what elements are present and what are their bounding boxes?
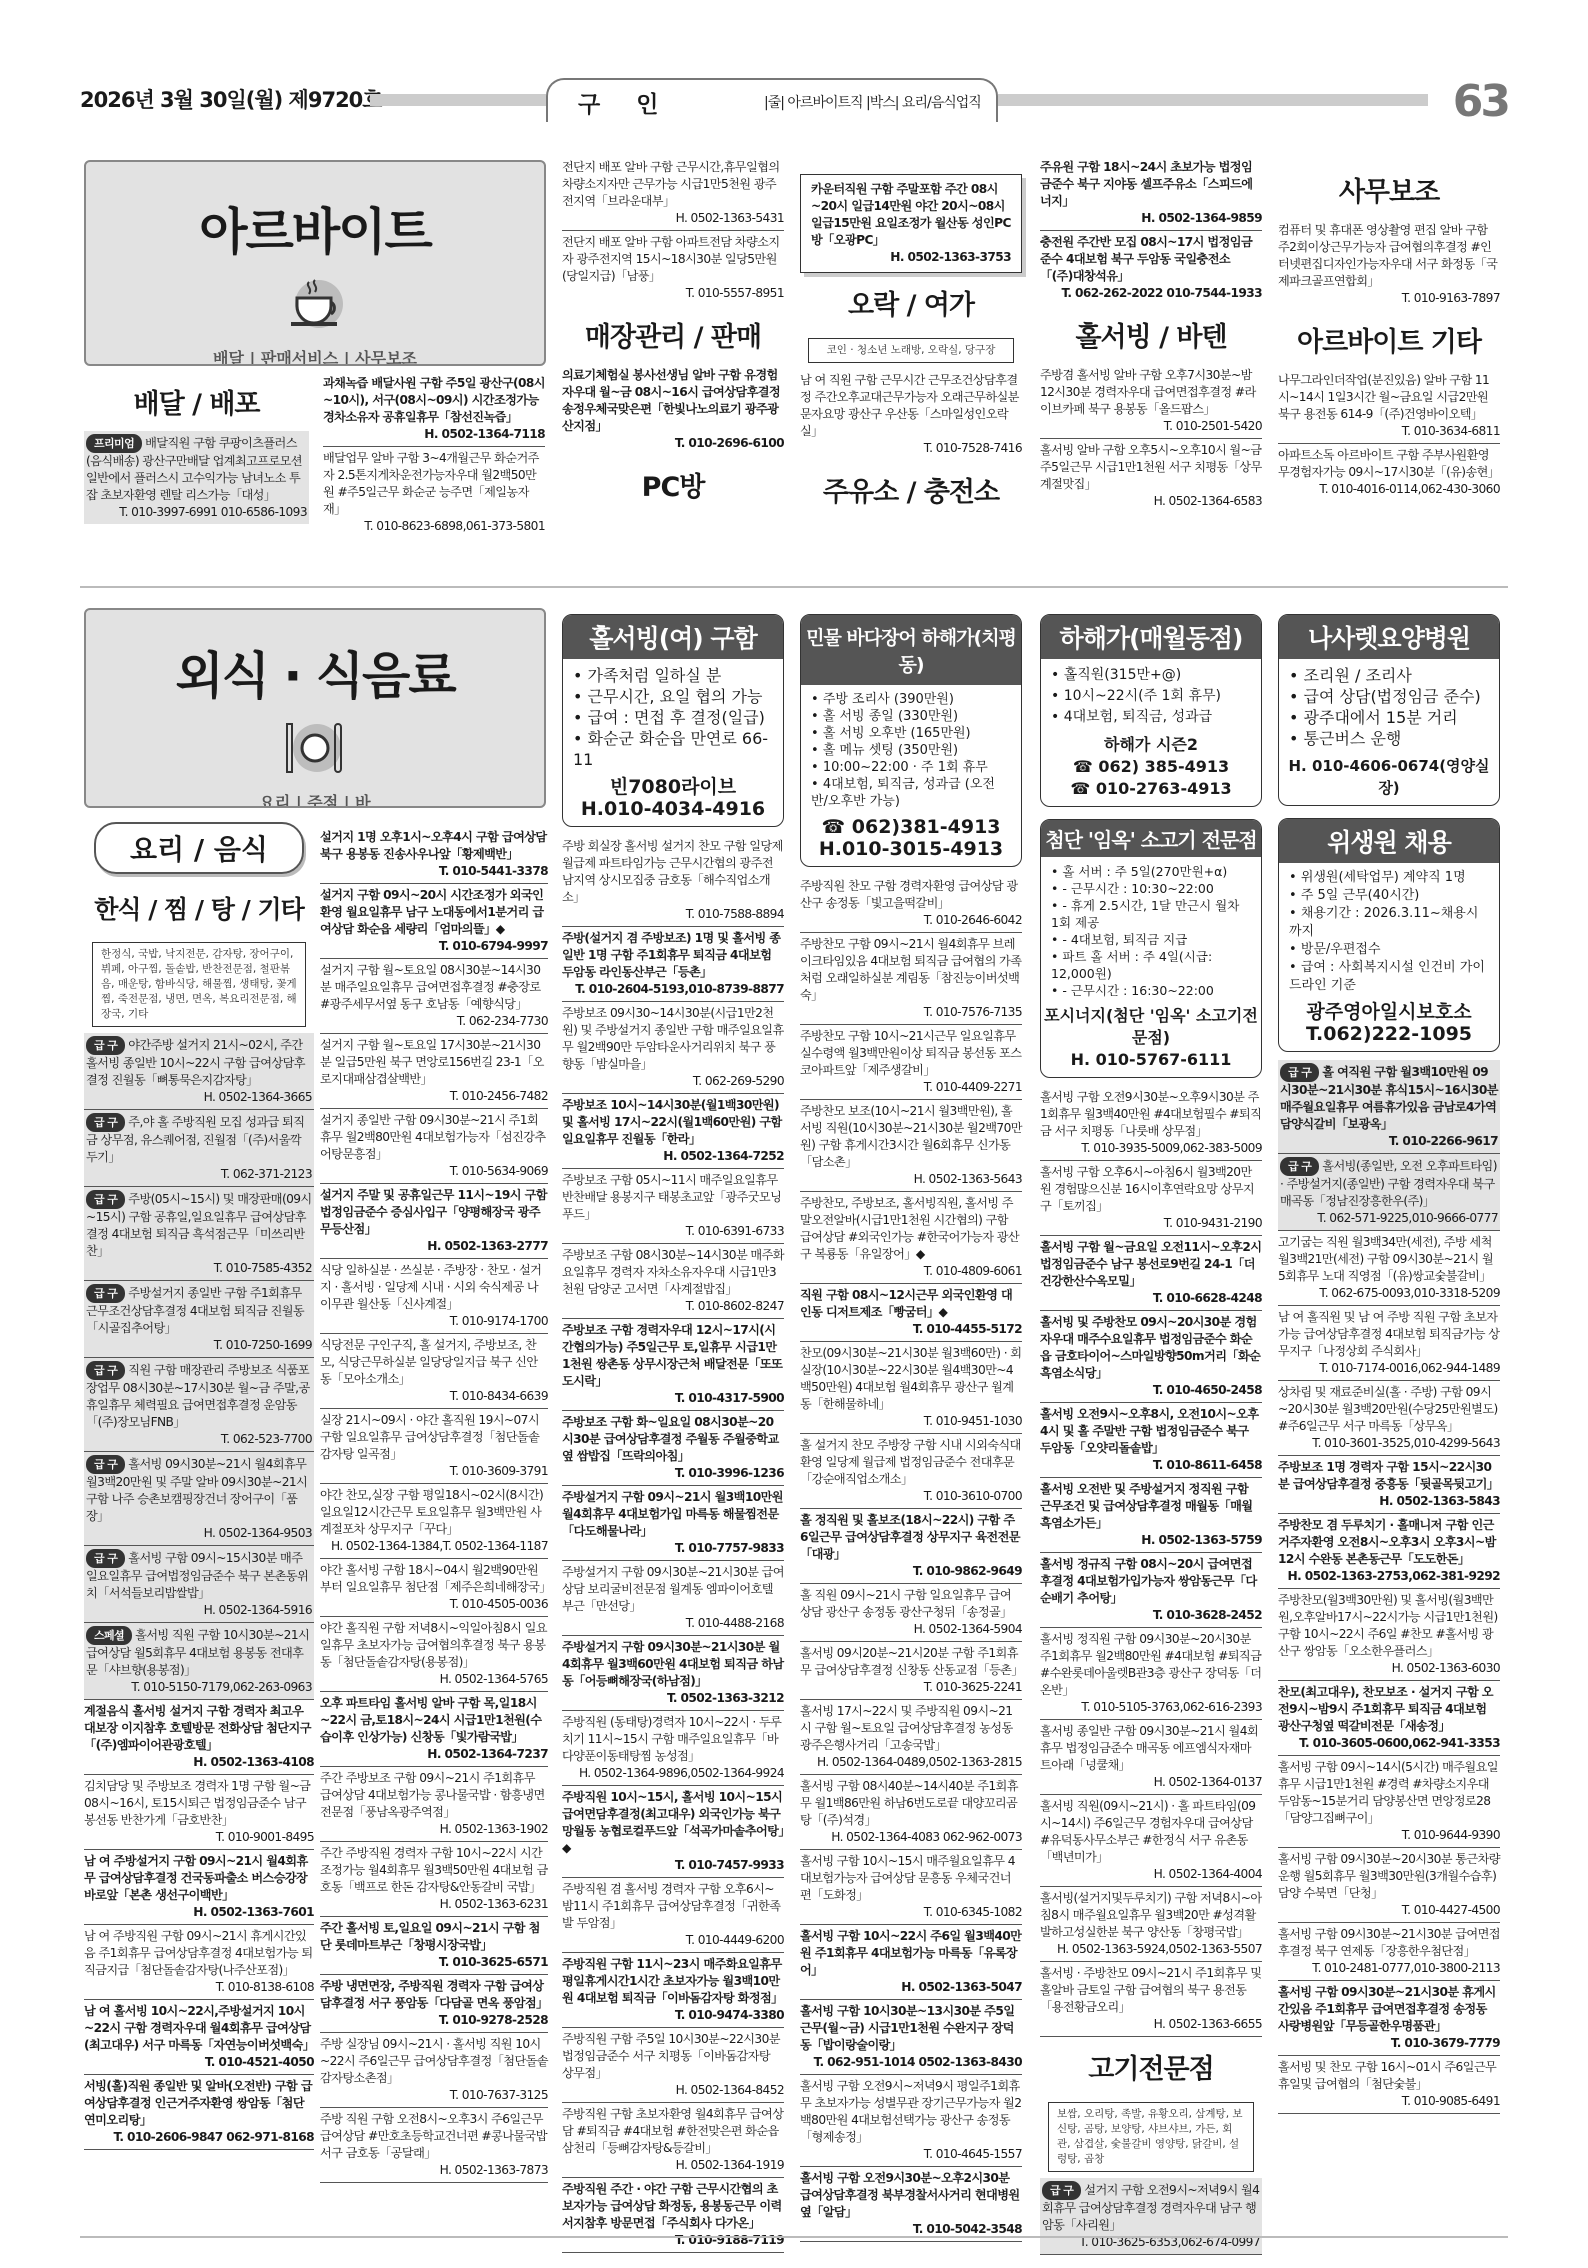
job-ad[interactable]: 홀 직원 09시~21시 구함 일요일휴무 급여상담 광산구 송정동 광산구청뒤… [800,1584,1022,1642]
ad-phone: T. 010-3601-3525,010-4299-5643 [1278,1435,1500,1452]
ad-phone: T. 010-5150-7179,062-263-0963 [86,1679,312,1696]
ad-phone: T. 010-9278-2528 [320,2012,548,2029]
page-number: 63 [1453,76,1508,127]
ad-text: 홀서빙 및 찬모 구함 16시~01시 주6일근무 휴일및 급여협의「첨단숯불」 [1278,2060,1496,2091]
job-ad[interactable]: 주방설거지 구함 09시30분~21시30분 급여상담 보리굴비전문점 월계동 … [562,1561,784,1636]
job-ad[interactable]: 주방보조 09시30~14시30분(시급1만2천원) 및 주방설거지 종일반 구… [562,1002,784,1094]
ad-text: 설거지 구함 월~토요일 08시30분~14시30분 매주일요일휴무 급여면접후… [320,963,541,1011]
display-ad-4[interactable]: 나사렛요양병원조리원 / 조리사급여 상담(법정임금 준수)광주대에서 15분 … [1278,614,1500,806]
ad-phone: H. 0502-1363-2777 [320,1238,548,1255]
job-ad[interactable]: 급 구홀서빙 09시30분~21시 월4회휴무 월3백20만원 및 주말 알바 … [84,1452,314,1546]
top-col6: 사무보조 컴퓨터 및 휴대폰 영상촬영 편집 알바 구함 주2회이상근무가능자 … [1278,160,1500,501]
ad-flyer-2[interactable]: 전단지 배포 알바 구함 아파트전담 차량소지자 광주전지역 15시~18시30… [562,231,784,305]
urgent-badge: 급 구 [86,1361,125,1380]
ad-text: 주방보조 구함 08시30분~14시30분 매주화요일휴무 경력자 자차소유자우… [562,1248,784,1296]
job-ad[interactable]: 홀서빙 구함 09시30분~21시30분 휴게시간있음 주1회휴무 급여면접후결… [1278,1981,1500,2056]
ad-phone: H. 0502-1363-2753,062-381-9292 [1278,1568,1500,1585]
job-ad[interactable]: 설거지 구함 09시~20시 시간조정가 외국인환영 월요일휴무 남구 노대동에… [320,884,548,959]
section-cook: 요리 / 음식 [94,822,304,874]
job-ad[interactable]: 주방직원 구함 초보자환영 월4회휴무 급여상담 #퇴직금 #4대보험 #한전맞… [562,2103,784,2178]
ad-phone: T. 010-7457-9933 [562,1857,784,1874]
job-ad[interactable]: 주방찬모, 주방보조, 홀서빙직원, 홀서빙 주말오전알바(시급1만1천원 시간… [800,1192,1022,1284]
job-ad[interactable]: 홀 정직원 및 홀보조(18시~22시) 구함 주6일근무 급여상담후결정 상무… [800,1509,1022,1584]
meat-ads: 급 구설거지 구함 오전9시~저녁9시 월4회휴무 급여상담후결정 경력자우대 … [1040,2178,1262,2255]
ad-text: 식당전문 구인구직, 홀 설거지, 주방보조, 찬모, 식당근무하실분 일당당일… [320,1338,538,1386]
job-ad[interactable]: 급 구직원 구함 매장관리 주방보조 식품포장업무 08시30분~17시30분 … [84,1358,314,1452]
section-title: 구 인 [578,86,672,119]
job-ad[interactable]: 주방직원 구함 11시~23시 매주화요일휴무 평일휴게시간1시간 초보자가능 … [562,1953,784,2028]
display-ad-item: 10:00~22:00 · 주 1회 휴무 [811,759,1011,776]
divider-bottom [80,2236,1508,2238]
job-ad[interactable]: 주방직원 찬모 구함 경력자환영 급여상담 광산구 송정동「빛고을떡갈비」T. … [800,875,1022,933]
ad-text: 주방찬모 구함 09시~21시 월4회휴무 브레이크타임있음 4대보험 퇴직금 … [800,937,1021,1002]
job-ad[interactable]: 홀서빙 구함 오전9시~저녁9시 평일주1회휴무 초보자가능 성별무관 장기근무… [800,2075,1022,2167]
display-ad-item: 홀 서빙 종일 (330만원) [811,708,1011,725]
job-ad[interactable]: 찬모(09시30분~21시30분 월3백60만) · 회실장(10시30분~22… [800,1342,1022,1434]
job-ad[interactable]: 남 여 홀직원 및 남 여 주방 직원 구함 초보자가능 급여상담후결정 4대보… [1278,1306,1500,1381]
ad-etc-1[interactable]: 나무그라인더작업(분진있음) 알바 구함 11시~14시 1일3시간 월~금요일… [1278,369,1500,444]
ad-text: 남 여 주방설거지 구함 09시~21시 월4회휴무 급여상담후결정 건국동파출… [84,1854,308,1902]
special-badge: 스페셜 [86,1626,132,1645]
job-ad[interactable]: 설거지 종일반 구함 09시30분~21시 주1회휴무 월2백80만원 4대보험… [320,1109,548,1184]
job-ad[interactable]: 주간 주방직원 경력자 구함 10시~22시 시간조정가능 월4회휴무 월3백5… [320,1842,548,1917]
ad-phone: T. 010-2481-0777,010-3800-2113 [1278,1960,1500,1977]
col1-ads: 급 구야간주방 설거지 21시~02시, 주간홀서빙 종일반 10시~22시 구… [84,1033,314,2150]
urgent-badge: 급 구 [1280,1063,1319,1082]
top-col3: 전단지 배포 알바 구함 근무시간,휴무일협의 차량소지자만 근무가능 시급1만… [562,156,784,514]
section-leisure: 오락 / 여가 [800,273,1022,332]
ad-hall-2[interactable]: 홀서빙 알바 구함 오후5시~오후10시 월~금 주5일근무 시급1만1천원 서… [1040,439,1262,513]
job-ad[interactable]: 계절음식 홀서빙 설거지 구함 경력자 최고우대보장 이지참후 호텔방문 전화상… [84,1700,314,1775]
urgent-badge: 급 구 [86,1190,125,1209]
ad-text: 찬모(최고대우), 찬모보조 · 설거지 구함 오전9시~밤9시 주1회휴무 퇴… [1278,1685,1493,1733]
display-ad-contact: 빈7080라이브 [563,776,783,798]
ad-text: 주방찬모 보조(10시~21시 월3백만원), 홀서빙 직원(10시30분~21… [800,1104,1022,1169]
ad-store-1[interactable]: 의료기체험실 봉사선생님 알바 구함 유경험자우대 월~금 08시~16시 급여… [562,364,784,455]
ad-office-1[interactable]: 컴퓨터 및 휴대폰 영상촬영 편집 알바 구함 주2회이상근무가능자 급여협의후… [1278,219,1500,310]
urgent-badge: 급 구 [86,1549,125,1568]
section-store: 매장관리 / 판매 [562,305,784,364]
job-ad[interactable]: 홀서빙 오전9시~오후8시, 오전10시~오후4시 및 홀 주말반 구함 법정임… [1040,1403,1262,1478]
ad-text: 설거지 주말 및 공휴일근무 11시~19시 구함 법정임금준수 증심사입구「양… [320,1188,547,1236]
job-ad[interactable]: 야간 찬모,실장 구함 평일18시~02시(8시간) 일요일12시간근무 토요일… [320,1484,548,1559]
job-ad[interactable]: 설거지 1명 오후1시~오후4시 구함 급여상담 북구 용봉동 진송사우나앞「황… [320,826,548,884]
food-banner-title: 외식 · 식음료 [86,636,544,708]
ad-text: 홀 직원 09시~21시 구함 일요일휴무 급여상담 광산구 송정동 광산구청뒤… [800,1588,1012,1619]
food-col3: 홀서빙(여) 구함가족처럼 일하실 분근무시간, 요일 협의 가능급여 : 면접… [562,614,784,2253]
job-ad[interactable]: 주방보조 10시~14시30분(월1백30만원) 및 홀서빙 17시~22시(월… [562,1094,784,1169]
ad-phone: H. 0502-1364-0137 [1040,1774,1262,1791]
ad-text: 주간 홀서빙 토,일요일 09시~21시 구함 첨단 롯데마트부근「창평시장국밥… [320,1921,540,1952]
ad-phone: H. 0502-1363-7601 [84,1904,314,1921]
ad-text: 홀서빙 구함 09시~14시(5시간) 매주월요일휴무 시급1만1천원 #경력 … [1278,1760,1498,1825]
ad-text: 홀서빙 구함 09시30분~21시30분 급여면접후결정 북구 연제동「장흥한우… [1278,1927,1500,1958]
job-ad[interactable]: 홀서빙 구함 오전9시30분~오후2시30분 급여상담후결정 북부경찰서사거리 … [800,2167,1022,2242]
job-ad[interactable]: 주방 회실장 홀서빙 설거지 찬모 구함 일당제 월급제 파트타임가능 근무시간… [562,835,784,927]
job-ad[interactable]: 홀서빙 구함 10시~15시 매주월요일휴무 4대보험가능자 급여상담 문흥동 … [800,1850,1022,1925]
ad-text: 주방직원 구함 11시~23시 매주화요일휴무 평일휴게시간1시간 초보자가능 … [562,1957,783,2005]
job-ad[interactable]: 홀서빙 정직원 구함 09시30분~20시30분 주1회휴무 월2백80만원 #… [1040,1628,1262,1720]
job-ad[interactable]: 주방보조 구함 화~일요일 08시30분~20시30분 급여상담후결정 주월동 … [562,1411,784,1486]
job-ad[interactable]: 주방(설거지 겸 주방보조) 1명 및 홀서빙 종일반 1명 구함 주1회휴무 … [562,927,784,1002]
ad-phone: T. 010-4809-6061 [800,1263,1022,1280]
urgent-badge: 급 구 [86,1113,125,1132]
food-col5: 하해가(매월동점)홀직원(315만+@)10시~22시(주 1회 휴무)4대보험… [1040,614,1262,2255]
ad-text: 남 여 홀직원 및 남 여 주방 직원 구함 초보자가능 급여상담후결정 4대보… [1278,1310,1499,1358]
ad-pcbang[interactable]: 카운터직원 구함 주말포함 주간 08시~20시 일급14만원 야간 20시~0… [800,174,1022,273]
job-ad[interactable]: 홀서빙 구함 오전9시30분~오후9시30분 주1회휴무 월3백40만원 #4대… [1040,1086,1262,1161]
job-ad[interactable]: 설거지 주말 및 공휴일근무 11시~19시 구함 법정임금준수 증심사입구「양… [320,1184,548,1259]
ad-phone: T. 010-9001-8495 [84,1829,314,1846]
ad-phone: T. 010-5441-3378 [320,863,548,880]
display-ad-item: - 근무시간 : 16:30~22:00 [1051,982,1251,999]
ad-phone: T. 010-4409-2271 [800,1079,1022,1096]
job-ad[interactable]: 설거지 구함 월~토요일 08시30분~14시30분 매주일요일휴무 급여면접후… [320,959,548,1034]
job-ad[interactable]: 주방 직원 구함 오전8시~오후3시 주6일근무 급여상담 #만호초등학교건너편… [320,2108,548,2183]
ad-text: 야간 홀직원 구함 저녁8시~익일아침8시 일요일휴무 초보자가능 급여협의후결… [320,1621,547,1669]
job-ad[interactable]: 급 구주,야 홀 주방직원 모집 성과급 퇴직금 상무점, 유스퀘어점, 진월점… [84,1110,314,1187]
job-ad[interactable]: 홀서빙(설거지및두루치기) 구함 저녁8시~아침8시 매주월요일휴무 월3백20… [1040,1887,1262,1962]
ad-gas-2[interactable]: 충전원 주간반 모집 08시~17시 법정임금준수 4대보험 북구 두암동 국일… [1040,231,1262,305]
ad-text: 홀 설거지 찬모 주방장 구함 시내 시외숙식대환영 일당제 월급제 법정임금준… [800,1438,1021,1486]
display-ad-item: 근무시간, 요일 협의 가능 [573,686,773,707]
ad-phone: T. 010-8434-6639 [320,1388,548,1405]
ad-text: 홀서빙 구함 오후6시~아침6시 월3백20만원 경험많으신분 16시이후연락요… [1040,1165,1254,1213]
header-bar-right [998,94,1428,106]
ad-text: 홀서빙 구함 09시30분~20시30분 통근차량운행 월5회휴무 월3백30만… [1278,1852,1500,1900]
ad-text: 홀서빙 오전반 및 주방설거지 정직원 구함 근무조건 및 급여상담후결정 매월… [1040,1482,1252,1530]
job-ad[interactable]: 홀서빙 및 주방찬모 09시~20시30분 경험자우대 매주수요일휴무 법정임금… [1040,1311,1262,1403]
ad-phone: T. 0502-1363-3212 [562,1690,784,1707]
job-ad[interactable]: 주방설거지 구함 09시30분~21시30분 월4회휴무 월3백60만원 4대보… [562,1636,784,1711]
display-ad-contact: T.062)222-1095 [1279,1023,1499,1045]
ad-phone: T. 010-4455-5172 [800,1321,1022,1338]
ad-text: 직원 구함 08시~12시근무 외국인환영 대인동 디저트제조「빵굼터」◆ [800,1288,1012,1319]
ad-text: 홀서빙 · 주방찬모 09시~21시 주1회휴무 및 홀알바 금토일 구함 급여… [1040,1966,1261,2014]
ad-phone: H. 0502-1363-1902 [320,1821,548,1838]
page-header: 2026년 3월 30일(월) 제9720호 구 인 |줄| 아르바이트직 |박… [80,78,1508,122]
ad-text: 홀서빙 구함 10시~15시 매주월요일휴무 4대보험가능자 급여상담 문흥동 … [800,1854,1015,1902]
job-ad[interactable]: 주방직원 구함 주5일 10시30분~22시30분 법정임금준수 서구 치평동「… [562,2028,784,2103]
display-ad-contact: H. 010-5767-6111 [1041,1049,1261,1071]
display-ad-item: 주 5일 근무(40시간) [1289,887,1489,905]
ad-phone: H. 0502-1363-5924,0502-1363-5507 [1040,1941,1262,1958]
job-ad[interactable]: 주방 냉면면장, 주방직원 경력자 구함 급여상담후결정 서구 풍암동「다담골 … [320,1975,548,2033]
job-ad[interactable]: 식당전문 구인구직, 홀 설거지, 주방보조, 찬모, 식당근무하실분 일당당일… [320,1334,548,1409]
ad-text: 홀서빙 종일반 구함 09시30분~21시 월4회휴무 법정임금준수 매곡동 에… [1040,1724,1258,1772]
ad-text: 설거지 종일반 구함 09시30분~21시 주1회휴무 월2백80만원 4대보험… [320,1113,546,1161]
job-ad[interactable]: 급 구주방설거지 종일반 구함 주1회휴무 근무조건상담후결정 4대보험 퇴직금… [84,1281,314,1358]
display-ad-1[interactable]: 홀서빙(여) 구함가족처럼 일하실 분근무시간, 요일 협의 가능급여 : 면접… [562,614,784,827]
ad-phone: T. 010-8602-8247 [562,1298,784,1315]
display-ad-5[interactable]: 첨단 '임옥' 소고기 전문점홀 서버 : 주 5일(270만원+α)- 근무시… [1040,819,1262,1078]
section-office: 사무보조 [1278,160,1500,219]
display-ad-item: 급여 상담(법정임금 준수) [1289,686,1489,707]
ad-phone: T. 010-2604-5193,010-8739-8877 [562,981,784,998]
urgent-badge: 급 구 [86,1284,125,1303]
display-ad-contact: ☎ 062) 385-4913 [1041,756,1261,778]
ad-phone: H. 0502-1364-5916 [86,1602,312,1619]
job-ad[interactable]: 홀서빙 및 찬모 구함 16시~01시 주6일근무 휴일및 급여협의「첨단숯불」… [1278,2056,1500,2114]
job-ad[interactable]: 주방찬모(월3백30만원) 및 홀서빙(월3백만원,오후알바17시~22시가능 … [1278,1589,1500,1681]
ad-phone: T. 010-7585-4352 [86,1260,312,1277]
ad-phone: H. 0502-1363-5759 [1040,1532,1262,1549]
job-ad[interactable]: 찬모(최고대우), 찬모보조 · 설거지 구함 오전9시~밤9시 주1회휴무 퇴… [1278,1681,1500,1756]
ad-text: 고기굽는 직원 월3백34만(세전), 주방 세척 월3백21만(세전) 구함 … [1278,1235,1493,1283]
col6-ads: 급 구홀 여직원 구함 월3백10만원 09시30분~21시30분 휴식15시~… [1278,1060,1500,2114]
ad-text: 주방설거지 구함 09시~21시 월3백10만원 월4회휴무 4대보험가입 마륵… [562,1490,783,1538]
ad-phone: T. 062-371-2123 [86,1166,312,1183]
job-ad[interactable]: 홀서빙 17시~22시 및 주방직원 09시~21시 구함 월~토요일 급여상담… [800,1700,1022,1775]
ad-hall-1[interactable]: 주방겸 홀서빙 알바 구함 오후7시30분~밤12시30분 경력자우대 급여면접… [1040,364,1262,439]
section-meat: 고기전문점 [1040,2037,1262,2096]
display-ad-item: 급여 : 사회복지시설 인건비 가이드라인 기준 [1289,959,1489,995]
ad-delivery-2[interactable]: 과채녹즙 배달사원 구함 주5일 광산구(08시~10시), 서구(08시~09… [323,372,545,447]
top-col5: 주유원 구함 18시~24시 초보가능 법정임금준수 북구 지야동 셀프주유소「… [1040,156,1262,513]
food-col6: 나사렛요양병원조리원 / 조리사급여 상담(법정임금 준수)광주대에서 15분 … [1278,614,1500,2114]
ad-text: 주방직원 주간 · 야간 구함 근무시간협의 초보자가능 급여상담 화정동, 용… [562,2182,782,2230]
ad-phone: H. 0502-1363-7873 [320,2162,548,2179]
job-ad[interactable]: 급 구설거지 구함 오전9시~저녁9시 월4회휴무 급여상담후결정 경력자우대 … [1040,2178,1262,2255]
job-ad[interactable]: 직원 구함 08시~12시근무 외국인환영 대인동 디저트제조「빵굼터」◆T. … [800,1284,1022,1342]
job-ad[interactable]: 주방설거지 구함 09시~21시 월3백10만원 월4회휴무 4대보험가입 마륵… [562,1486,784,1561]
job-ad[interactable]: 홀서빙 정규직 구함 08시~20시 급여면접후결정 4대보험가입가능자 쌍암동… [1040,1553,1262,1628]
job-ad[interactable]: 실장 21시~09시 · 야간 홀직원 19시~07시 구함 일요일휴무 급여상… [320,1409,548,1484]
job-ad[interactable]: 주간 홀서빙 토,일요일 09시~21시 구함 첨단 롯데마트부근「창평시장국밥… [320,1917,548,1975]
ad-text: 홀서빙 구함 09시30분~21시30분 휴게시간있음 주1회휴무 급여면접후결… [1278,1985,1496,2033]
job-ad[interactable]: 주간 주방보조 구함 09시~21시 주1회휴무 급여상담 4대보험가능 콩나물… [320,1767,548,1842]
ad-text: 홀서빙 정직원 구함 09시30분~20시30분 주1회휴무 월2백80만원 #… [1040,1632,1261,1697]
ad-phone: T. 010-2606-9847 062-971-8168 [84,2129,314,2146]
ad-phone: T. 010-4488-2168 [562,1615,784,1632]
display-ad-item: - 4대보험, 퇴직금 지급 [1051,931,1251,948]
ad-flyer-1[interactable]: 전단지 배포 알바 구함 근무시간,휴무일협의 차량소지자만 근무가능 시급1만… [562,156,784,231]
ad-text: 홀서빙 구함 월~금요일 오전11시~오후2시 법정임금준수 남구 봉선로9번길… [1040,1240,1261,1288]
section-pcbang: PC방 [562,455,784,514]
job-ad[interactable]: 주방찬모 구함 09시~21시 월4회휴무 브레이크타임있음 4대보험 퇴직금 … [800,933,1022,1025]
ad-text: 상차림 및 재료준비실(홀 · 주방) 구함 09시~20시30분 월3백20만… [1278,1385,1498,1433]
ad-phone: T. 010-3605-0600,062-941-3353 [1278,1735,1500,1752]
job-ad[interactable]: 급 구홀 여직원 구함 월3백10만원 09시30분~21시30분 휴식15시~… [1278,1060,1500,1154]
display-ad-item: 가족처럼 일하실 분 [573,665,773,686]
display-ad-item: 방문/우편접수 [1289,941,1489,959]
ad-delivery-premium[interactable]: 프리미엄배달직원 구함 쿠팡이츠플러스(음식배송) 광산구만배달 업계최고프로모… [84,431,309,524]
job-ad[interactable]: 주방직원 겸 홀서빙 경력자 구함 오후6시~밤11시 주1회휴무 급여상담후결… [562,1878,784,1953]
ad-phone: H. 0502-1364-5765 [320,1671,548,1688]
job-ad[interactable]: 주방찬모 보조(10시~21시 월3백만원), 홀서빙 직원(10시30분~21… [800,1100,1022,1192]
ad-phone: H. 0502-1364-7252 [562,1148,784,1165]
job-ad[interactable]: 주방직원 (동태탕)경력자 10시~22시 · 두루치기 11시~15시 구함 … [562,1711,784,1786]
display-ad-2[interactable]: 민물 바다장어 하해가(치평동)주방 조리사 (390만원)홀 서빙 종일 (3… [800,614,1022,867]
ad-phone: T. 010-7588-8894 [562,906,784,923]
display-ad-contact: H.010-4034-4916 [563,798,783,820]
ad-phone: T. 062-523-7700 [86,1431,312,1448]
ad-text: 실장 21시~09시 · 야간 홀직원 19시~07시 구함 일요일휴무 급여상… [320,1413,539,1461]
ad-text: 설거지 1명 오후1시~오후4시 구함 급여상담 북구 용봉동 진송사우나앞「황… [320,830,547,861]
job-ad[interactable]: 주방찬모 겸 두루치기 · 홀매니저 구함 인근거주자환영 오전8시~오후3시 … [1278,1514,1500,1589]
ad-phone: T. 010-5105-3763,062-616-2393 [1040,1699,1262,1716]
job-ad[interactable]: 스페셜홀서빙 직원 구함 10시30분~21시 급여상담 월5회휴무 4대보험 … [84,1623,314,1700]
urgent-badge: 급 구 [86,1455,125,1474]
ad-text: 홀서빙(설거지및두루치기) 구함 저녁8시~아침8시 매주월요일휴무 월3백20… [1040,1891,1262,1939]
col4-ads: 주방직원 찬모 구함 경력자환영 급여상담 광산구 송정동「빛고을떡갈비」T. … [800,875,1022,2242]
job-ad[interactable]: 급 구홀서빙 구함 09시~15시30분 매주일요일휴무 급여법정임금준수 북구… [84,1546,314,1623]
ad-phone: T. 010-9085-6491 [1278,2093,1500,2110]
job-ad[interactable]: 홀서빙 구함 월~금요일 오전11시~오후2시 법정임금준수 남구 봉선로9번길… [1040,1236,1262,1311]
job-ad[interactable]: 주방찬모 구함 10시~21시근무 일요일휴무 실수령액 월3백만원이상 퇴직금… [800,1025,1022,1100]
ad-phone: T. 010-3935-5009,062-383-5009 [1040,1140,1262,1157]
section-hall: 홀서빙 / 바텐 [1040,305,1262,364]
ad-text: 주간 주방보조 구함 09시~21시 주1회휴무 급여상담 4대보험가능 콩나물… [320,1771,545,1819]
job-ad[interactable]: 주방 실장님 09시~21시 · 홀서빙 직원 10시~22시 주6일근무 급여… [320,2033,548,2108]
ad-text: 홀서빙 17시~22시 및 주방직원 09시~21시 구함 월~토요일 급여상담… [800,1704,1013,1752]
ad-text: 주방 직원 구함 오전8시~오후3시 주6일근무 급여상담 #만호초등학교건너편… [320,2112,547,2160]
display-ad-contact: 하해가 시즌2 [1041,734,1261,756]
job-ad[interactable]: 야간 홀서빙 구함 18시~04시 월2백90만원부터 일요일휴무 첨단점「제주… [320,1559,548,1617]
ad-phone: T. 010-3996-1236 [562,1465,784,1482]
display-ad-item: 홀 서빙 오후반 (165만원) [811,725,1011,742]
job-ad[interactable]: 남 여 주방설거지 구함 09시~21시 월4회휴무 급여상담후결정 건국동파출… [84,1850,314,1925]
ad-phone: T. 010-3625-6571 [320,1954,548,1971]
display-ad-item: 위생원(세탁업무) 계약직 1명 [1289,869,1489,887]
ad-phone: H. 0502-1364-1919 [562,2157,784,2174]
job-ad[interactable]: 상차림 및 재료준비실(홀 · 주방) 구함 09시~20시30분 월3백20만… [1278,1381,1500,1456]
job-ad[interactable]: 서빙(홀)직원 종일반 및 알바(오전반) 구함 급여상담후결정 인근거주자환영… [84,2075,314,2150]
display-ad-6[interactable]: 위생원 채용위생원(세탁업무) 계약직 1명주 5일 근무(40시간)채용기간 … [1278,818,1500,1052]
job-ad[interactable]: 홀서빙 직원(09시~21시) · 홀 파트타임(09시~14시) 주6일근무 … [1040,1795,1262,1887]
ad-phone: T. 010-2266-9617 [1280,1133,1498,1150]
job-ad[interactable]: 홀서빙 구함 10시~22시 주6일 월3백40만원 주1회휴무 4대보험가능 … [800,1925,1022,2000]
ad-phone: H. 0502-1363-5047 [800,1979,1022,1996]
ad-phone: T. 010-6628-4248 [1040,1290,1262,1307]
ad-phone: T. 062-269-5290 [562,1073,784,1090]
job-ad[interactable]: 홀서빙 구함 08시40분~14시40분 주1회휴무 월1백86만원 하남6번도… [800,1775,1022,1850]
ad-text: 설거지 구함 09시~20시 시간조정가 외국인환영 월요일휴무 남구 노대동에… [320,888,544,936]
section-subtitle: |줄| 아르바이트직 |박스| 요리/음식업직 [764,92,981,112]
job-ad[interactable]: 홀서빙 구함 09시30분~21시30분 급여면접후결정 북구 연제동「장흥한우… [1278,1923,1500,1981]
job-ad[interactable]: 남 여 홀서빙 10시~22시,주방설거지 10시~22시 구함 경력자우대 월… [84,2000,314,2075]
job-ad[interactable]: 고기굽는 직원 월3백34만(세전), 주방 세척 월3백21만(세전) 구함 … [1278,1231,1500,1306]
ad-text: 주방설거지 구함 09시30분~21시30분 급여상담 보리굴비전문점 월계동 … [562,1565,784,1613]
ad-phone: H. 0502-1364-9896,0502-1364-9924 [562,1765,784,1782]
job-ad[interactable]: 급 구홀서빙(종일반, 오전 오후파트타임) · 주방설거지(종일반) 구함 경… [1278,1154,1500,1231]
job-ad[interactable]: 홀서빙 종일반 구함 09시30분~21시 월4회휴무 법정임금준수 매곡동 에… [1040,1720,1262,1795]
display-ad-contact: ☎ 062)381-4913 [801,816,1021,838]
job-ad[interactable]: 야간 홀직원 구함 저녁8시~익일아침8시 일요일휴무 초보자가능 급여협의후결… [320,1617,548,1692]
ad-phone: T. 010-4505-0036 [320,1596,548,1613]
ad-phone: T. 010-4317-5900 [562,1390,784,1407]
leisure-categories: 코인 · 청소년 노래방, 오락실, 당구장 [808,338,1014,363]
job-ad[interactable]: 주방보조 구함 05시~11시 매주일요일휴무 반찬배달 용봉지구 태봉초교앞「… [562,1169,784,1244]
job-ad[interactable]: 홀 설거지 찬모 주방장 구함 시내 시외숙식대환영 일당제 월급제 법정임금준… [800,1434,1022,1509]
header-bar-left [370,94,546,106]
job-ad[interactable]: 홀서빙 구함 오후6시~아침6시 월3백20만원 경험많으신분 16시이후연락요… [1040,1161,1262,1236]
section-gas: 주유소 / 충전소 [800,460,1022,519]
section-korean: 한식 / 찜 / 탕 / 기타 [84,880,314,936]
display-ad-item: - 휴게 2.5시간, 1달 만근시 월차 1회 제공 [1051,897,1251,931]
ad-text: 주방보조 09시30~14시30분(시급1만2천원) 및 주방설거지 종일반 구… [562,1006,784,1071]
display-ad-contact: H. 010-4606-0674(영양실장) [1279,755,1499,799]
display-ad-3[interactable]: 하해가(매월동점)홀직원(315만+@)10시~22시(주 1회 휴무)4대보험… [1040,614,1262,807]
ad-etc-2[interactable]: 아파트소독 아르바이트 구함 주부사원환영 무경험자가능 09시~17시30분「… [1278,444,1500,501]
ad-text: 주방직원 겸 홀서빙 경력자 구함 오후6시~밤11시 주1회휴무 급여상담후결… [562,1882,780,1930]
job-ad[interactable]: 김치담당 및 주방보조 경력자 1명 구함 월~금 08시~16시, 토15시퇴… [84,1775,314,1850]
job-ad[interactable]: 주방보조 1명 경력자 구함 15시~22시30분 급여상담후결정 중흥동「뒷골… [1278,1456,1500,1514]
coffee-cup-icon [275,274,355,334]
ad-phone: H. 0502-1363-6030 [1278,1660,1500,1677]
ad-text: 주방설거지 구함 09시30분~21시30분 월4회휴무 월3백60만원 4대보… [562,1640,784,1688]
ad-phone: H. 0502-1363-6231 [320,1896,548,1913]
job-ad[interactable]: 주방직원 10시~15시, 홀서빙 10시~15시 급여면담후결정(최고대우) … [562,1786,784,1878]
arbeit-banner-col: 아르바이트 배달 | 판매서비스 | 사무보조 배달 / 배포 프리미엄배달직원… [84,160,546,538]
ad-phone: H. 0502-1363-5843 [1278,1493,1500,1510]
ad-text: 홀서빙 09시20분~21시20분 구함 주1회휴무 급여상담후결정 신창동 산… [800,1646,1023,1677]
ad-phone: H. 0502-1364-1384,T. 0502-1364-1187 [320,1538,548,1555]
job-ad[interactable]: 주방직원 주간 · 야간 구함 근무시간협의 초보자가능 급여상담 화정동, 용… [562,2178,784,2253]
job-ad[interactable]: 홀서빙 오전반 및 주방설거지 정직원 구함 근무조건 및 급여상담후결정 매월… [1040,1478,1262,1553]
job-ad[interactable]: 오후 파트타임 홀서빙 알바 구함 목,일18시~22시 금,토18시~24시 … [320,1692,548,1767]
job-ad[interactable]: 홀서빙 구함 09시~14시(5시간) 매주월요일휴무 시급1만1천원 #경력 … [1278,1756,1500,1848]
ad-phone: H. 0502-1364-3665 [86,1089,312,1106]
ad-text: 홀서빙 구함 오전9시30분~오후9시30분 주1회휴무 월3백40만원 #4대… [1040,1090,1261,1138]
job-ad[interactable]: 주방보조 구함 08시30분~14시30분 매주화요일휴무 경력자 자차소유자우… [562,1244,784,1319]
ad-text: 홀서빙 구함 10시~22시 주6일 월3백40만원 주1회휴무 4대보험가능 … [800,1929,1021,1977]
ad-phone: T. 010-9451-1030 [800,1413,1022,1430]
job-ad[interactable]: 급 구주방(05시~15시) 및 매장판매(09시~15시) 구함 공휴일,일요… [84,1187,314,1281]
ad-text: 주방직원 찬모 구함 경력자환영 급여상담 광산구 송정동「빛고을떡갈비」 [800,879,1018,910]
ad-text: 야간 찬모,실장 구함 평일18시~02시(8시간) 일요일12시간근무 토요일… [320,1488,543,1536]
ad-phone: T. 010-7576-7135 [800,1004,1022,1021]
food-banner: 외식 · 식음료 요리 | 주점 | 바 [84,608,546,808]
ad-text: 홀서빙 직원(09시~21시) · 홀 파트타임(09시~14시) 주6일근무 … [1040,1799,1255,1864]
job-ad[interactable]: 식당 일하실분 · 쓰실분 · 주방장 · 찬모 · 설거지 · 홀서빙 · 일… [320,1259,548,1334]
ad-phone: H. 0502-1363-5643 [800,1171,1022,1188]
display-ad-item: 광주대에서 15분 거리 [1289,707,1489,728]
job-ad[interactable]: 홀서빙 09시20분~21시20분 구함 주1회휴무 급여상담후결정 신창동 산… [800,1642,1022,1700]
food-col1: 외식 · 식음료 요리 | 주점 | 바 요리 / 음식 한식 / 찜 / 탕 … [84,608,314,2150]
ad-phone: T. 010-4521-4050 [84,2054,314,2071]
display-ad-item: 주방 조리사 (390만원) [811,691,1011,708]
section-tab: 구 인 |줄| 아르바이트직 |박스| 요리/음식업직 [546,78,998,122]
ad-phone: H. 0502-1364-7237 [320,1746,548,1763]
job-ad[interactable]: 급 구야간주방 설거지 21시~02시, 주간홀서빙 종일반 10시~22시 구… [84,1033,314,1110]
premium-badge: 프리미엄 [86,434,142,453]
job-ad[interactable]: 홀서빙 구함 09시30분~20시30분 통근차량운행 월5회휴무 월3백30만… [1278,1848,1500,1923]
ad-phone: T. 010-4650-2458 [1040,1382,1262,1399]
ad-text: 주방보조 10시~14시30분(월1백30만원) 및 홀서빙 17시~22시(월… [562,1098,782,1146]
ad-leisure-1[interactable]: 남 여 직원 구함 근무시간 근무조건상담후결정 주간오후교대근무가능자 오래근… [800,369,1022,460]
ad-text: 주방직원 (동태탕)경력자 10시~22시 · 두루치기 11시~15시 구함 … [562,1715,781,1763]
ad-delivery-3[interactable]: 배달업무 알바 구함 3~4개월근무 화순거주자 2.5톤지게차운전가능자우대 … [323,447,545,538]
ad-phone: H. 0502-1363-4108 [84,1754,314,1771]
job-ad[interactable]: 홀서빙 구함 10시30분~13시30분 주5일근무(월~금) 시급1만1천원 … [800,2000,1022,2075]
ad-phone: T. 010-3625-2241 [800,1679,1022,1696]
job-ad[interactable]: 설거지 구함 월~토요일 17시30분~21시30분 일급5만원 북구 면앙로1… [320,1034,548,1109]
display-ad-item: 급여 : 면접 후 결정(일급) [573,707,773,728]
job-ad[interactable]: 남 여 주방직원 구함 09시~21시 휴게시간있음 주1회휴무 급여상담후결정… [84,1925,314,2000]
job-ad[interactable]: 홀서빙 · 주방찬모 09시~21시 주1회휴무 및 홀알바 금토일 구함 급여… [1040,1962,1262,2037]
job-ad[interactable]: 주방보조 구함 경력자우대 12시~17시(시간협의가능) 주5일근무 토,일휴… [562,1319,784,1411]
ad-gas-1[interactable]: 주유원 구함 18시~24시 초보가능 법정임금준수 북구 지야동 셀프주유소「… [1040,156,1262,231]
ad-text: 홀서빙 구함 오전9시30분~오후2시30분 급여상담후결정 북부경찰서사거리 … [800,2171,1020,2219]
ad-phone: T. 010-4427-4500 [1278,1902,1500,1919]
ad-phone: T. 010-9474-3380 [562,2007,784,2024]
ad-phone: H. 0502-1364-8452 [562,2082,784,2099]
ad-phone: T. 010-3609-3791 [320,1463,548,1480]
issue-date: 2026년 3월 30일(월) 제9720호 [80,84,382,114]
ad-text: 야간 홀서빙 구함 18시~04시 월2백90만원부터 일요일휴무 첨단점「제주… [320,1563,551,1594]
ad-phone: T. 010-9862-9649 [800,1563,1022,1580]
